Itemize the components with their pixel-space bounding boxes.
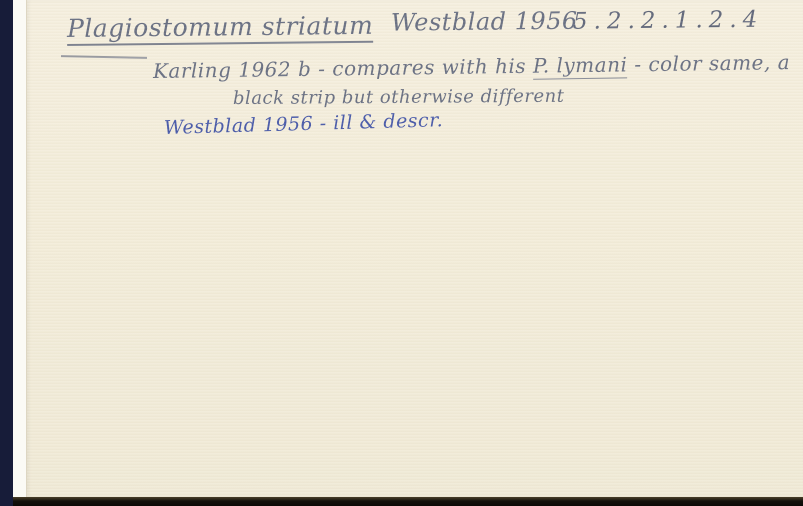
author-year: Westblad 1956 — [391, 7, 578, 37]
species-line: Plagiostomum striatum Westblad 1956 5.2.… — [67, 11, 374, 43]
index-card: Plagiostomum striatum Westblad 1956 5.2.… — [26, 0, 803, 498]
comparison-note-line: Karling 1962 b - compares with his P. ly… — [153, 50, 790, 83]
reference-note-line: Westblad 1956 - ill & descr. — [164, 109, 444, 139]
referenced-species-name: P. lymani — [533, 52, 628, 79]
comparison-note-suffix: - color same, a — [627, 50, 790, 76]
catalog-code: 5.2.2.1.2.4 — [573, 7, 764, 35]
bottom-shadow-bar — [13, 497, 803, 506]
scanned-index-card: Plagiostomum striatum Westblad 1956 5.2.… — [0, 0, 803, 506]
species-name: Plagiostomum striatum — [67, 11, 374, 46]
genus-underline-stroke — [61, 55, 147, 59]
difference-note-line: black strip but otherwise different — [233, 86, 565, 109]
comparison-note-prefix: Karling 1962 b - compares with his — [153, 54, 533, 83]
left-spine-bar — [0, 0, 13, 506]
